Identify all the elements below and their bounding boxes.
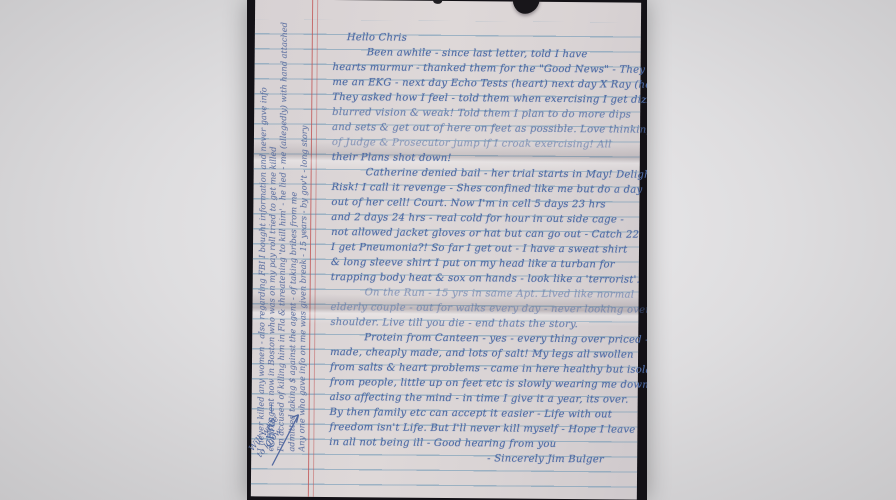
paper-tear [513,0,541,15]
signature-line: - Sincerely Jim Bulger [329,450,631,468]
page-background: I never killed any women - also regardin… [0,0,896,500]
paper-nick [433,0,442,4]
letter-photo: I never killed any women - also regardin… [247,0,647,500]
letter-paper: I never killed any women - also regardin… [251,0,641,500]
letter-line: in all not being ill - Good hearing from… [329,435,631,453]
letter-line: shoulder. Live till you die - end thats … [330,315,632,333]
margin-notes: I never killed any women - also regardin… [255,19,311,451]
letter-line: of Judge & Prosecutor jump if I croak ex… [332,135,634,153]
letter-body: Hello Chris Been awhile - since last let… [329,30,635,468]
